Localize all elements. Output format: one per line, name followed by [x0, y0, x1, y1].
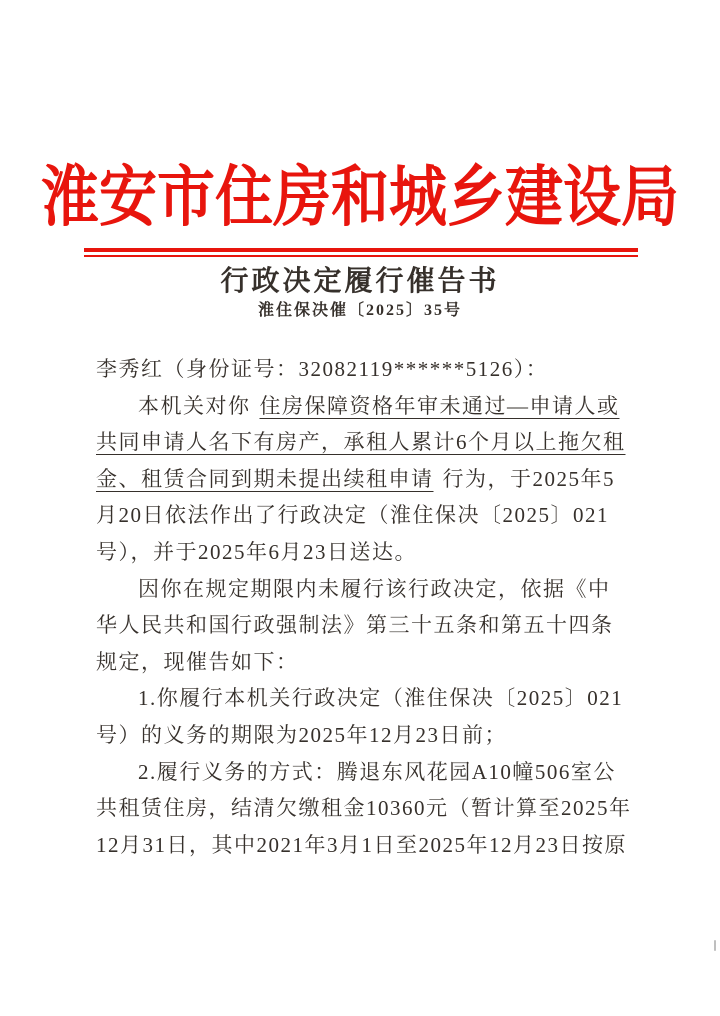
body-text-segment: 月20日依法作出了行政决定（淮住保决〔2025〕021: [96, 503, 609, 527]
body-line: 号）的义务的期限为2025年12月23日前；: [96, 717, 638, 754]
body-line: 2.履行义务的方式：腾退东风花园A10幢506室公: [96, 754, 638, 791]
header-divider-thin-line: [84, 255, 638, 257]
body-line: 规定，现催告如下：: [96, 644, 638, 681]
header-divider: [84, 248, 638, 257]
body-line: 12月31日，其中2021年3月1日至2025年12月23日按原: [96, 827, 638, 864]
body-line: 华人民共和国行政强制法》第三十五条和第五十四条: [96, 607, 638, 644]
body-line: 月20日依法作出了行政决定（淮住保决〔2025〕021: [96, 497, 638, 534]
body-text-segment: 12月31日，其中2021年3月1日至2025年12月23日按原: [96, 833, 627, 857]
body-line: 金、租赁合同到期未提出续租申请行为，于2025年5: [96, 461, 638, 498]
body-text-segment: 本机关对你: [138, 394, 251, 418]
scan-artifact: [714, 940, 716, 951]
body-text-segment: 共租赁住房，结清欠缴租金10360元（暂计算至2025年: [96, 796, 632, 820]
underlined-text: 住房保障资格年审未通过—申请人或: [260, 394, 620, 418]
body-text-segment: 行为，于2025年5: [443, 467, 616, 491]
document-body: 李秀红（身份证号：32082119******5126）：本机关对你住房保障资格…: [96, 351, 638, 863]
body-line: 李秀红（身份证号：32082119******5126）：: [96, 351, 638, 388]
agency-header: 淮安市住房和城乡建设局: [0, 150, 720, 246]
body-text-segment: 号）的义务的期限为2025年12月23日前；: [96, 723, 507, 747]
body-line: 因你在规定期限内未履行该行政决定，依据《中: [96, 571, 638, 608]
body-line: 本机关对你住房保障资格年审未通过—申请人或: [96, 388, 638, 425]
body-text-segment: 规定，现催告如下：: [96, 650, 299, 674]
body-line: 共同申请人名下有房产，承租人累计6个月以上拖欠租: [96, 424, 638, 461]
body-text-segment: 号），并于2025年6月23日送达。: [96, 540, 417, 564]
body-text-segment: 华人民共和国行政强制法》第三十五条和第五十四条: [96, 613, 614, 637]
underlined-text: 共同申请人名下有房产，承租人累计6个月以上拖欠租: [96, 430, 626, 454]
body-line: 共租赁住房，结清欠缴租金10360元（暂计算至2025年: [96, 790, 638, 827]
document-number: 淮住保决催〔2025〕35号: [0, 297, 720, 320]
document-title: 行政决定履行催告书: [0, 259, 720, 299]
body-text-segment: 1.你履行本机关行政决定（淮住保决〔2025〕021: [138, 686, 623, 710]
document-page: 淮安市住房和城乡建设局 行政决定履行催告书 淮住保决催〔2025〕35号 李秀红…: [0, 0, 720, 1016]
body-line: 号），并于2025年6月23日送达。: [96, 534, 638, 571]
body-text-segment: 李秀红（身份证号：32082119******5126）：: [96, 357, 548, 381]
body-line: 1.你履行本机关行政决定（淮住保决〔2025〕021: [96, 680, 638, 717]
body-text-segment: 因你在规定期限内未履行该行政决定，依据《中: [138, 577, 611, 601]
body-text-segment: 2.履行义务的方式：腾退东风花园A10幢506室公: [138, 760, 616, 784]
underlined-text: 金、租赁合同到期未提出续租申请: [96, 467, 434, 491]
